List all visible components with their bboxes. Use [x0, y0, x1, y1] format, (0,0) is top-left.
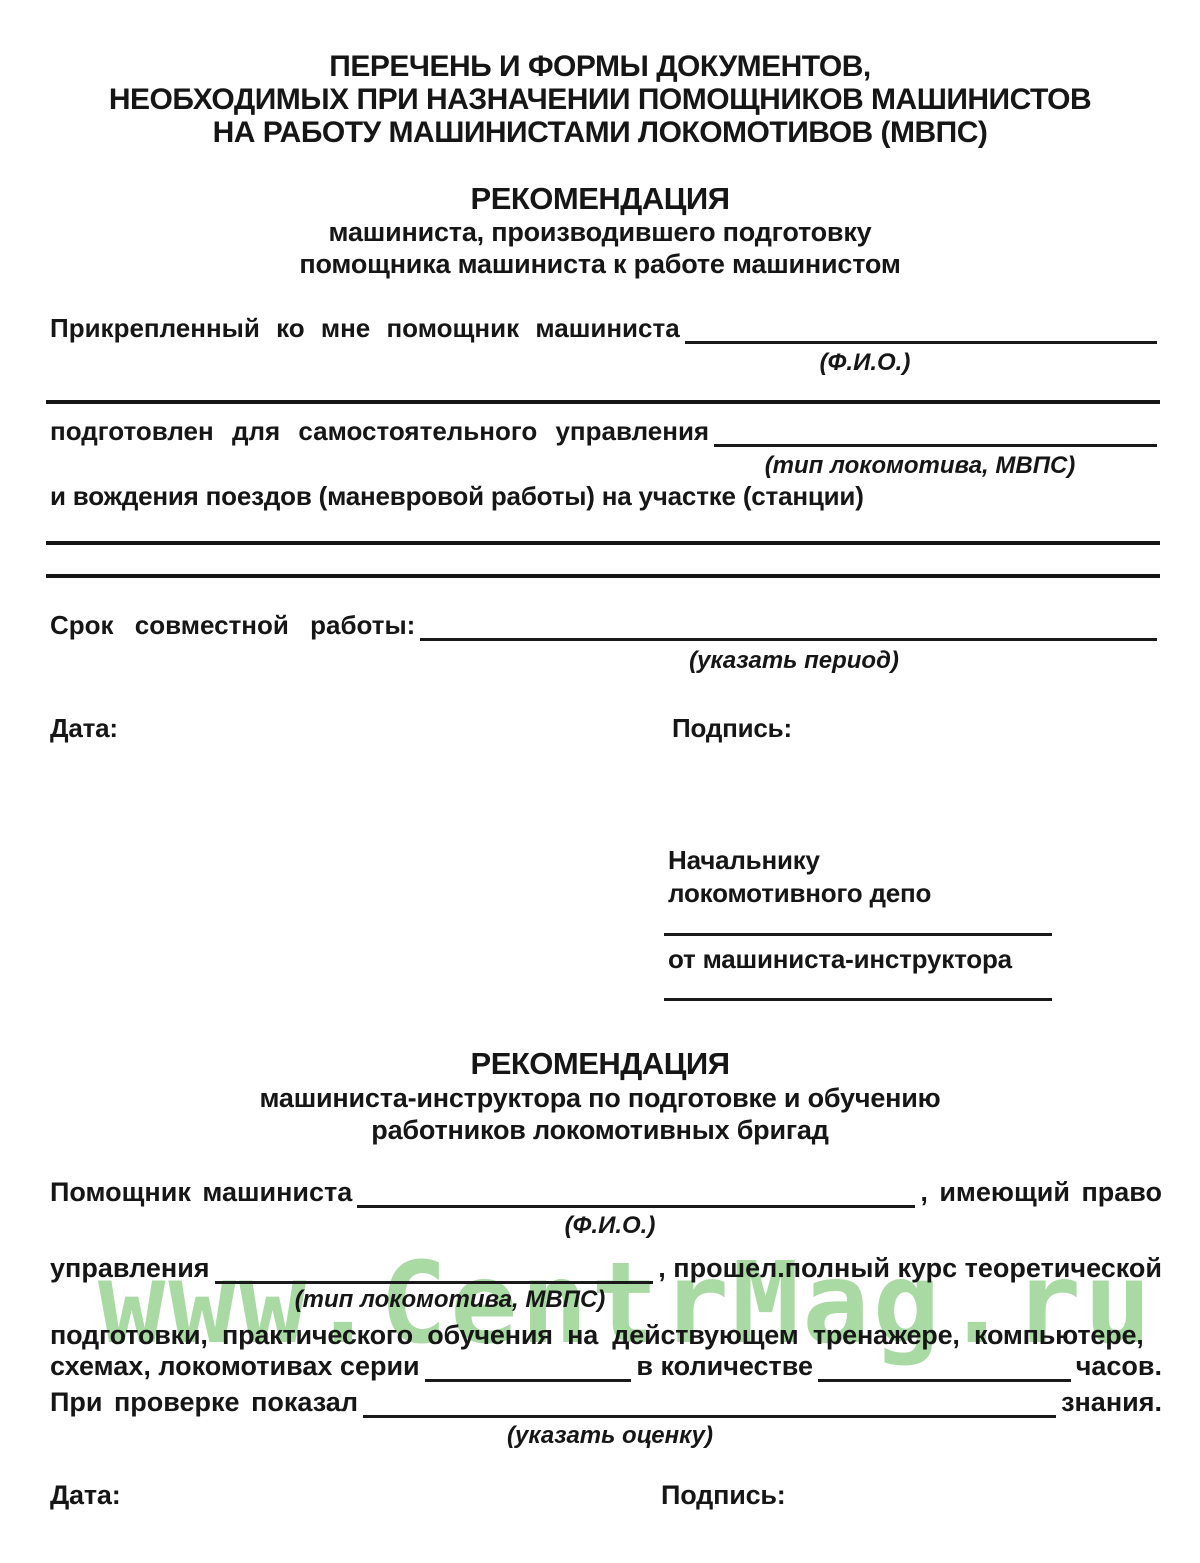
document-title: ПЕРЕЧЕНЬ И ФОРМЫ ДОКУМЕНТОВ, НЕОБХОДИМЫХ…: [0, 50, 1200, 149]
loco-type-hint: (тип локомотива, МВПС): [740, 452, 1100, 480]
title-line-1: ПЕРЕЧЕНЬ И ФОРМЫ ДОКУМЕНТОВ,: [0, 50, 1200, 83]
control-label: управления: [50, 1253, 210, 1284]
training-line: подготовки, практического обучения на де…: [50, 1320, 1144, 1351]
control-loco-type-blank-field: [215, 1252, 654, 1284]
hours-blank-field: [818, 1350, 1071, 1382]
addressee-line-2: локомотивного депо: [668, 878, 931, 909]
term-row: Срок совместной работы:: [50, 609, 1162, 641]
check-label: При проверке показал: [50, 1387, 358, 1418]
fio-hint-2: (Ф.И.О.): [430, 1212, 790, 1240]
control-suffix: , прошел.полный курс теоретической: [658, 1253, 1162, 1284]
writing-line-2: [46, 541, 1160, 545]
prepared-row: подготовлен для самостоятельного управле…: [50, 415, 1162, 447]
section1-subtitle: машиниста, производившего подготовку пом…: [0, 216, 1200, 280]
grade-hint: (указать оценку): [430, 1422, 790, 1450]
section2-subtitle-line-1: машиниста-инструктора по подготовке и об…: [0, 1082, 1200, 1114]
title-line-2: НЕОБХОДИМЫХ ПРИ НАЗНАЧЕНИИ ПОМОЩНИКОВ МА…: [0, 83, 1200, 116]
scanned-form-page: www.CentrMag.ru ПЕРЕЧЕНЬ И ФОРМЫ ДОКУМЕН…: [0, 0, 1200, 1563]
control-row: управления , прошел.полный курс теоретич…: [50, 1252, 1162, 1284]
section1-heading: РЕКОМЕНДАЦИЯ: [0, 181, 1200, 217]
assistant-label: Помощник машиниста: [50, 1177, 352, 1208]
grade-blank-field: [363, 1385, 1056, 1418]
assistant-row: Помощник машиниста , имеющий право: [50, 1176, 1162, 1208]
term-label: Срок совместной работы:: [50, 610, 415, 641]
driving-line: и вождения поездов (маневровой работы) н…: [50, 481, 864, 512]
section2-date-label: Дата:: [50, 1480, 120, 1511]
series-row: схемах, локомотивах серии в количестве ч…: [50, 1350, 1162, 1382]
addressee-name-blank-field: [664, 933, 1052, 936]
fio-blank-field: [685, 312, 1157, 344]
fio-hint: (Ф.И.О.): [680, 349, 1050, 377]
loco-type-hint-2: (тип локомотива, МВПС): [270, 1286, 630, 1314]
section2-heading: РЕКОМЕНДАЦИЯ: [0, 1046, 1200, 1082]
attached-assistant-label: Прикрепленный ко мне помощник машиниста: [50, 313, 680, 344]
assistant-fio-blank-field: [357, 1176, 915, 1208]
period-blank-field: [420, 609, 1157, 641]
section1-subtitle-line-2: помощника машиниста к работе машинистом: [0, 248, 1200, 280]
check-row: При проверке показал знания.: [50, 1385, 1162, 1418]
series-blank-field: [425, 1350, 632, 1382]
hours-label: часов.: [1076, 1351, 1162, 1382]
instructor-name-blank-field: [664, 998, 1052, 1001]
prepared-label: подготовлен для самостоятельного управле…: [50, 416, 709, 447]
section1-date-label: Дата:: [50, 713, 118, 744]
writing-line-3: [46, 574, 1160, 578]
title-line-3: НА РАБОТУ МАШИНИСТАМИ ЛОКОМОТИВОВ (МВПС): [0, 116, 1200, 149]
knowledge-label: знания.: [1061, 1387, 1162, 1418]
section2-signature-label: Подпись:: [661, 1480, 786, 1511]
series-label: схемах, локомотивах серии: [50, 1351, 420, 1382]
quantity-label: в количестве: [636, 1351, 813, 1382]
period-hint: (указать период): [594, 647, 994, 675]
from-instructor-line: от машиниста-инструктора: [668, 944, 1012, 975]
section1-subtitle-line-1: машиниста, производившего подготовку: [0, 216, 1200, 248]
section2-subtitle: машиниста-инструктора по подготовке и об…: [0, 1082, 1200, 1146]
addressee-line-1: Начальнику: [668, 845, 820, 876]
section2-subtitle-line-2: работников локомотивных бригад: [0, 1114, 1200, 1146]
writing-line-1: [46, 400, 1160, 404]
section1-signature-label: Подпись:: [672, 713, 792, 744]
loco-type-blank-field: [714, 415, 1157, 447]
assistant-suffix: , имеющий право: [920, 1177, 1162, 1208]
attached-assistant-row: Прикрепленный ко мне помощник машиниста: [50, 312, 1162, 344]
